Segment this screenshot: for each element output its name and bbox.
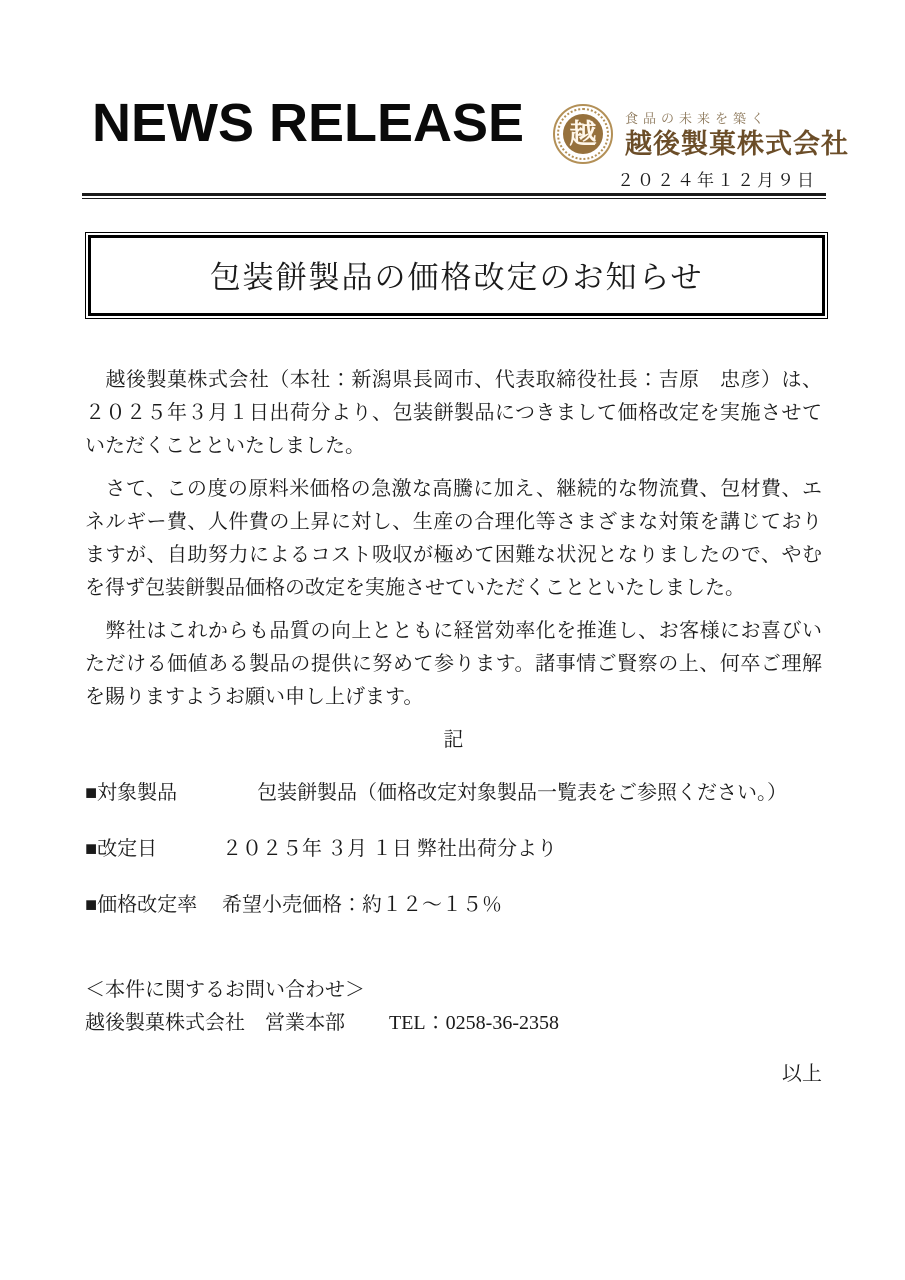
company-logo: 越 食品の未来を築く 越後製菓株式会社 (553, 104, 849, 164)
logo-tagline: 食品の未来を築く (625, 108, 849, 127)
detail-items: ■対象製品包装餅製品（価格改定対象製品一覧表をご参照ください。） ■改定日２０２… (85, 777, 822, 922)
record-marker: 記 (85, 724, 822, 757)
item-revision-rate-value: 希望小売価格：約１２～１５％ (222, 894, 502, 916)
paragraph-closing: 弊社はこれからも品質の向上とともに経営効率化を推進し、お客様にお喜びいただける価… (85, 615, 822, 714)
company-name: 越後製菓株式会社 (625, 130, 849, 160)
item-revision-rate-label: ■価格改定率 (85, 889, 222, 922)
item-target-products: ■対象製品包装餅製品（価格改定対象製品一覧表をご参照ください。） (85, 777, 822, 810)
closing-word: 以上 (85, 1058, 822, 1091)
emblem-core: 越 (563, 114, 603, 154)
item-revision-date-label: ■改定日 (85, 833, 222, 866)
paragraph-intro: 越後製菓株式会社（本社：新潟県長岡市、代表取締役社長：吉原 忠彦）は、２０２５年… (85, 364, 822, 463)
notice-title: 包装餅製品の価格改定のお知らせ (91, 252, 822, 297)
contact-section: ＜本件に関するお問い合わせ＞ 越後製菓株式会社 営業本部TEL：0258-36-… (85, 974, 822, 1040)
contact-line: 越後製菓株式会社 営業本部TEL：0258-36-2358 (85, 1007, 822, 1040)
body-content: 越後製菓株式会社（本社：新潟県長岡市、代表取締役社長：吉原 忠彦）は、２０２５年… (85, 364, 822, 1091)
item-target-products-value: 包装餅製品（価格改定対象製品一覧表をご参照ください。） (257, 782, 787, 804)
item-target-products-label: ■対象製品 (85, 777, 222, 810)
header-divider (82, 193, 826, 199)
logo-text: 食品の未来を築く 越後製菓株式会社 (625, 108, 849, 160)
company-emblem-icon: 越 (553, 104, 613, 164)
item-revision-rate: ■価格改定率希望小売価格：約１２～１５％ (85, 889, 822, 922)
release-date: ２０２４年１２月９日 (617, 166, 817, 191)
contact-tel-label: TEL： (389, 1012, 446, 1034)
contact-heading: ＜本件に関するお問い合わせ＞ (85, 974, 822, 1007)
contact-tel: TEL：0258-36-2358 (389, 1012, 559, 1034)
paragraph-reason: さて、この度の原料米価格の急激な高騰に加え、継続的な物流費、包材費、エネルギー費… (85, 473, 822, 605)
contact-tel-number: 0258-36-2358 (446, 1012, 559, 1034)
contact-company-dept: 越後製菓株式会社 営業本部 (85, 1012, 345, 1034)
page-title: NEWS RELEASE (92, 96, 524, 150)
notice-title-box-inner: 包装餅製品の価格改定のお知らせ (88, 235, 825, 316)
item-revision-date: ■改定日２０２５年 ３月 １日 弊社出荷分より (85, 833, 822, 866)
header: NEWS RELEASE 越 食品の未来を築く 越後製菓株式会社 ２０２４年１２… (0, 0, 905, 193)
emblem-character: 越 (570, 121, 597, 148)
notice-title-box: 包装餅製品の価格改定のお知らせ (85, 232, 828, 319)
news-release-page: NEWS RELEASE 越 食品の未来を築く 越後製菓株式会社 ２０２４年１２… (0, 0, 905, 1280)
item-revision-date-value: ２０２５年 ３月 １日 弊社出荷分より (222, 838, 557, 860)
